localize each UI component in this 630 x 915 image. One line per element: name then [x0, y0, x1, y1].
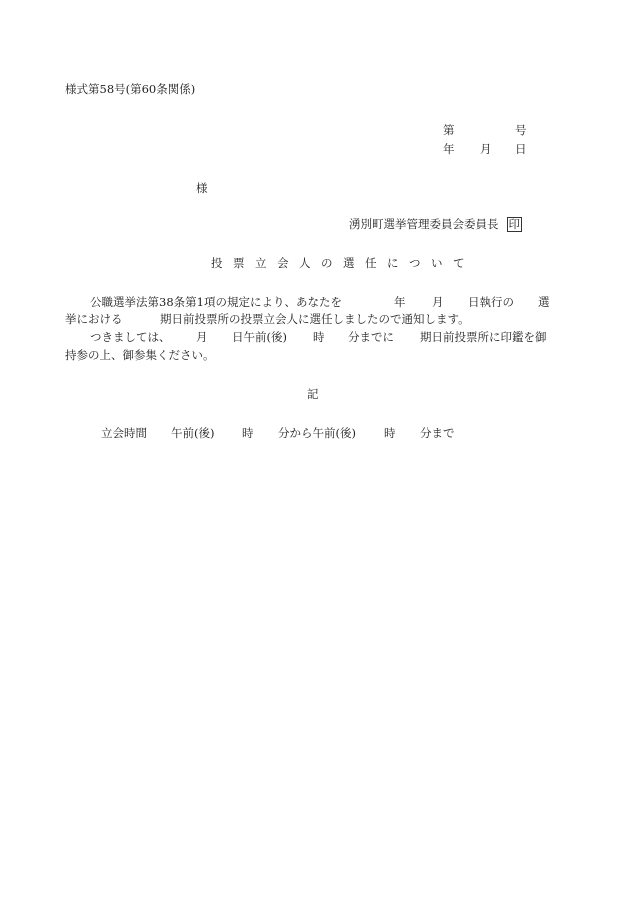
- date-day: 日: [515, 141, 527, 157]
- sender-name: 湧別町選挙管理委員会委員長: [349, 217, 499, 231]
- recipient-suffix: 様: [196, 180, 208, 196]
- date-month: 月: [480, 141, 492, 157]
- seal-stamp-icon: 印: [507, 217, 523, 232]
- body-line-2a: 挙における: [65, 311, 123, 327]
- body-line-1-end: 選: [538, 294, 550, 310]
- body-line-4: 持参の上、御参集ください。: [65, 347, 215, 363]
- document-title: 投票立会人の選任について: [211, 255, 465, 271]
- body-line-1-day: 日執行の: [468, 294, 514, 310]
- body-line-3-hour: 時: [313, 329, 325, 345]
- body-line-1-year: 年: [394, 294, 406, 310]
- schedule-min-from: 分から午前(後): [278, 425, 356, 441]
- schedule-min-to: 分まで: [420, 425, 455, 441]
- body-line-1a: 公職選挙法第38条第1項の規定により、あなたを: [90, 294, 342, 310]
- body-line-3a: つきましては、: [90, 329, 171, 345]
- doc-number-prefix: 第: [443, 122, 455, 138]
- body-line-3-end: 期日前投票所に印鑑を御: [420, 329, 547, 345]
- doc-number-suffix: 号: [515, 122, 527, 138]
- sender-block: 湧別町選挙管理委員会委員長印: [349, 216, 522, 232]
- body-line-2b: 期日前投票所の投票立会人に選任しましたので通知します。: [160, 311, 470, 327]
- schedule-ampm-1: 午前(後): [171, 425, 214, 441]
- form-id: 様式第58号(第60条関係): [65, 81, 195, 97]
- schedule-hour-1: 時: [242, 425, 254, 441]
- schedule-hour-2: 時: [384, 425, 396, 441]
- body-line-3-month: 月: [196, 329, 208, 345]
- note-heading: 記: [307, 386, 319, 402]
- body-line-1-month: 月: [432, 294, 444, 310]
- date-year: 年: [443, 141, 455, 157]
- body-line-3-day: 日午前(後): [232, 329, 287, 345]
- schedule-label: 立会時間: [101, 425, 147, 441]
- body-line-3-minute: 分までに: [348, 329, 394, 345]
